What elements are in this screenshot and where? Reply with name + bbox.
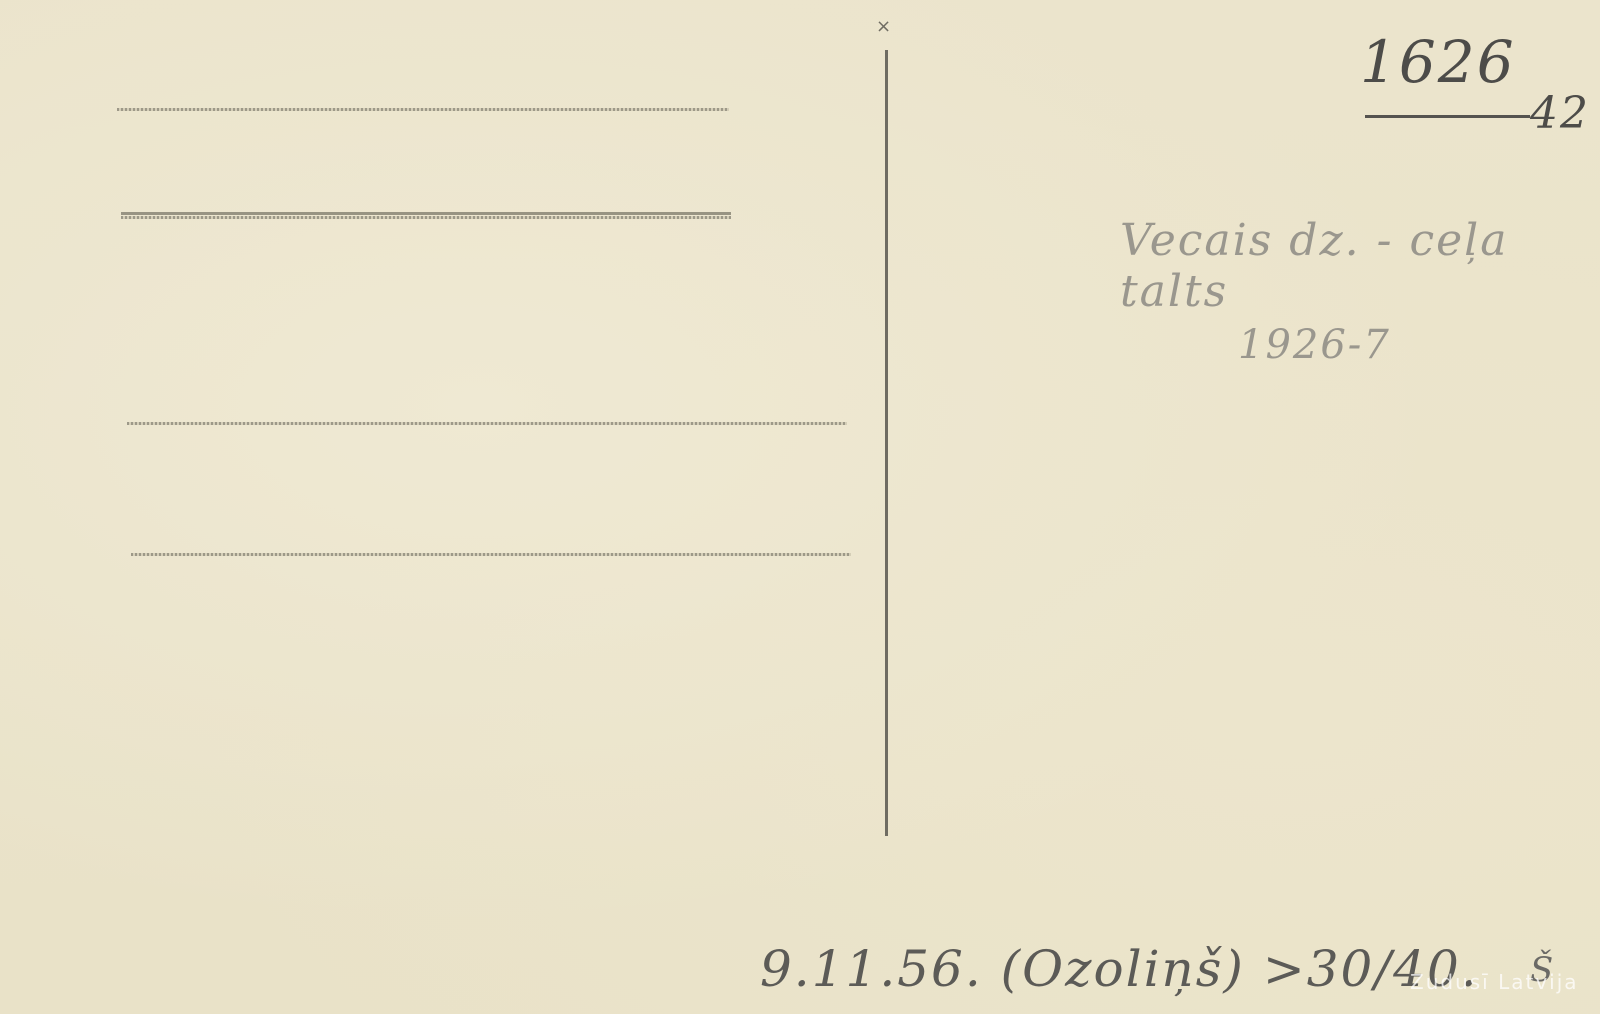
address-line-4 [131,553,851,556]
handwritten-note-title: Vecais dz. - ceļa talts [1120,215,1600,317]
reference-number: 1626 [1360,28,1516,96]
watermark: Zudusī Latvija [1410,970,1579,994]
address-line-3 [127,422,847,425]
reference-underline [1365,115,1530,118]
handwritten-note-year: 1926-7 [1238,322,1391,368]
reference-subnumber: 42 [1530,88,1590,139]
bottom-handwritten-note: 9.11.56. (Ozoliņš) >30/40. [760,940,1479,998]
center-divider-line [885,50,888,836]
address-line-1 [117,108,729,111]
postcard-back: × 1626 42 Vecais dz. - ceļa talts 1926-7… [0,0,1600,1014]
divider-cross-mark: × [876,16,891,37]
address-line-2 [121,216,731,219]
